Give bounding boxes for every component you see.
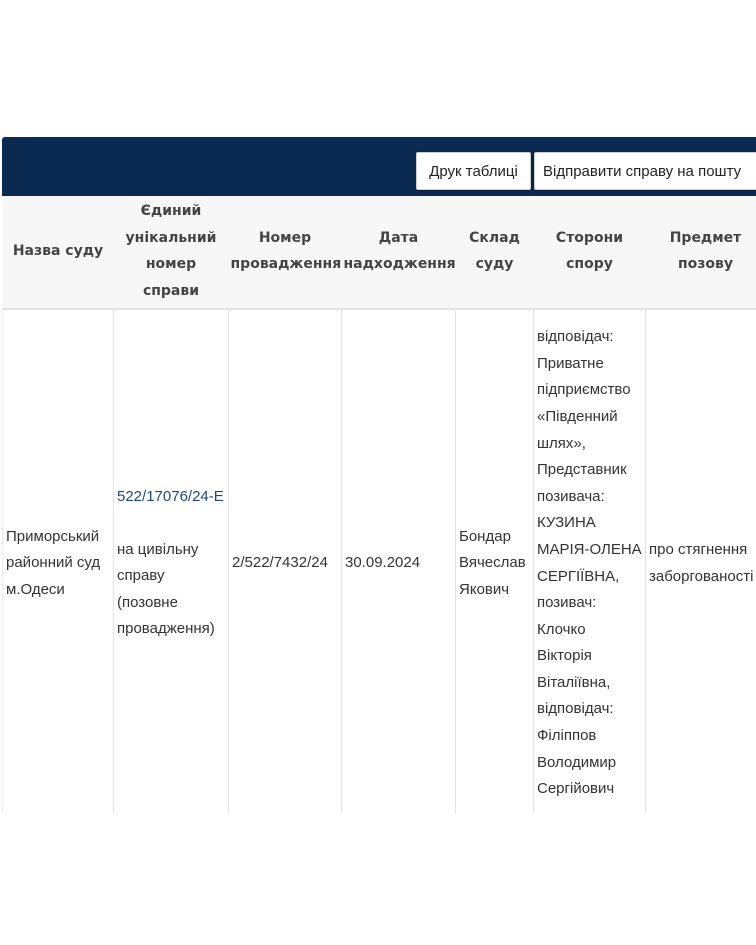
cell-received-date: 30.09.2024 xyxy=(342,309,456,813)
column-header-parties[interactable]: Сторони спору xyxy=(534,196,646,309)
claim-subject-text: про стягнення заборгованості xyxy=(649,537,756,590)
parties-text: відповідач: Приватне підприємство «Півде… xyxy=(537,324,642,803)
cell-court-composition: Бондар Вячеслав Якович xyxy=(456,309,534,813)
cell-unique-case-number: 522/17076/24-Е на цивільну справу (позов… xyxy=(114,309,229,813)
table-toolbar: Друк таблиці Відправити справу на пошту xyxy=(2,137,756,196)
column-header-unique-case-number[interactable]: Єдиний унікальний номер справи xyxy=(114,196,229,309)
column-header-court-composition[interactable]: Склад суду xyxy=(456,196,534,309)
cell-parties: відповідач: Приватне підприємство «Півде… xyxy=(534,309,646,813)
court-cases-panel: Друк таблиці Відправити справу на пошту … xyxy=(0,137,756,813)
case-type-note: на цивільну справу (позовне провадження) xyxy=(117,537,225,643)
case-number-link[interactable]: 522/17076/24-Е xyxy=(117,488,224,505)
column-header-court-name[interactable]: Назва суду xyxy=(3,196,114,309)
column-header-received-date[interactable]: Дата надходження xyxy=(342,196,456,309)
cell-proceeding-number: 2/522/7432/24 xyxy=(229,309,342,813)
table-header-row: Назва суду Єдиний унікальний номер справ… xyxy=(3,196,756,309)
cell-claim-subject: про стягнення заборгованості xyxy=(646,309,756,813)
table-row: Приморський районний суд м.Одеси 522/170… xyxy=(3,309,756,813)
column-header-proceeding-number[interactable]: Номер провадження xyxy=(229,196,342,309)
send-case-by-email-button[interactable]: Відправити справу на пошту xyxy=(534,152,756,190)
court-cases-table: Назва суду Єдиний унікальний номер справ… xyxy=(2,196,756,813)
cell-court-name: Приморський районний суд м.Одеси xyxy=(3,309,114,813)
column-header-claim-subject[interactable]: Предмет позову xyxy=(646,196,756,309)
print-table-button[interactable]: Друк таблиці xyxy=(416,152,531,190)
